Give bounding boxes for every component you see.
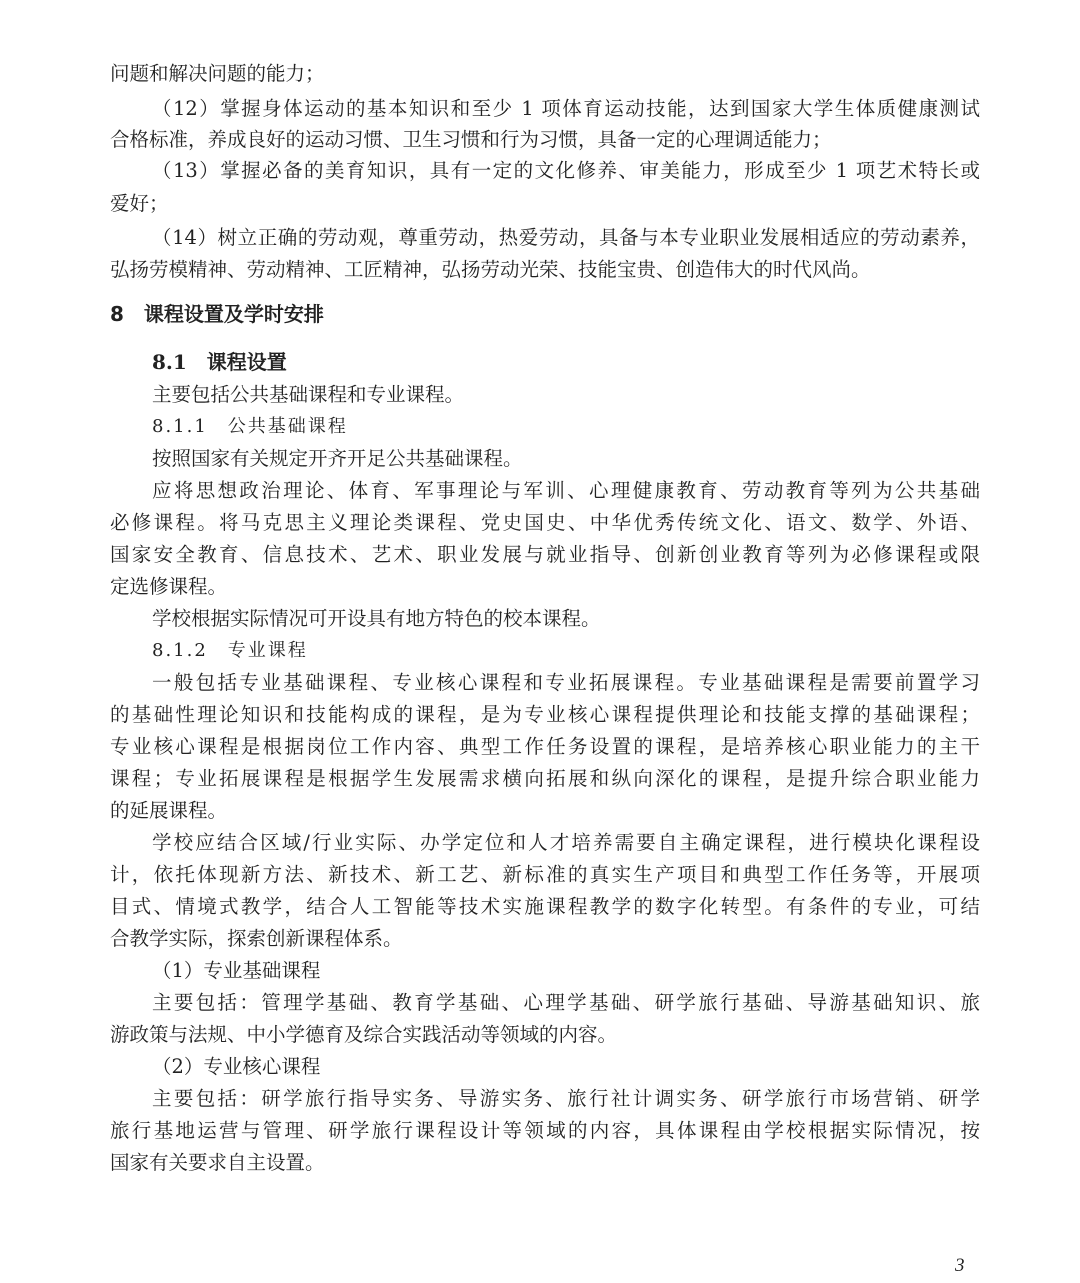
- text-line: （2）专业核心课程: [152, 1051, 980, 1082]
- text-line: 国家安全教育、信息技术、艺术、职业发展与就业指导、创新创业教育等列为必修课程或限: [110, 539, 980, 570]
- text-line: 主要包括：管理学基础、教育学基础、心理学基础、研学旅行基础、导游基础知识、旅: [152, 987, 980, 1018]
- text-line: 应将思想政治理论、体育、军事理论与军训、心理健康教育、劳动教育等列为公共基础: [152, 475, 980, 506]
- heading-h1: 8 课程设置及学时安排: [110, 299, 980, 330]
- text-line: 游政策与法规、中小学德育及综合实践活动等领域的内容。: [110, 1019, 980, 1050]
- text-line: 爱好；: [110, 188, 980, 219]
- text-line: 学校应结合区域/行业实际、办学定位和人才培养需要自主确定课程，进行模块化课程设: [152, 827, 980, 858]
- heading-h3: 8.1.2 专业课程: [152, 635, 980, 666]
- text-line: 旅行基地运营与管理、研学旅行课程设计等领域的内容，具体课程由学校根据实际情况，按: [110, 1115, 980, 1146]
- heading-h2: 8.1 课程设置: [152, 347, 980, 378]
- text-line: （14）树立正确的劳动观，尊重劳动，热爱劳动，具备与本专业职业发展相适应的劳动素…: [152, 222, 980, 253]
- text-line: 目式、情境式教学，结合人工智能等技术实施课程教学的数字化转型。有条件的专业，可结: [110, 891, 980, 922]
- text-line: 主要包括：研学旅行指导实务、导游实务、旅行社计调实务、研学旅行市场营销、研学: [152, 1083, 980, 1114]
- text-line: （12）掌握身体运动的基本知识和至少 1 项体育运动技能，达到国家大学生体质健康…: [152, 93, 980, 124]
- text-line: 主要包括公共基础课程和专业课程。: [152, 379, 980, 410]
- text-line: 问题和解决问题的能力；: [110, 58, 980, 89]
- text-line: 学校根据实际情况可开设具有地方特色的校本课程。: [152, 603, 980, 634]
- text-line: 弘扬劳模精神、劳动精神、工匠精神，弘扬劳动光荣、技能宝贵、创造伟大的时代风尚。: [110, 254, 980, 285]
- text-line: （13）掌握必备的美育知识，具有一定的文化修养、审美能力，形成至少 1 项艺术特…: [152, 155, 980, 186]
- document-page: 3 问题和解决问题的能力；（12）掌握身体运动的基本知识和至少 1 项体育运动技…: [0, 0, 1080, 1283]
- text-line: 合格标准，养成良好的运动习惯、卫生习惯和行为习惯，具备一定的心理调适能力；: [110, 124, 980, 155]
- text-line: 的基础性理论知识和技能构成的课程，是为专业核心课程提供理论和技能支撑的基础课程；: [110, 699, 980, 730]
- text-line: 一般包括专业基础课程、专业核心课程和专业拓展课程。专业基础课程是需要前置学习: [152, 667, 980, 698]
- text-line: 国家有关要求自主设置。: [110, 1147, 980, 1178]
- text-line: （1）专业基础课程: [152, 955, 980, 986]
- page-number: 3: [955, 1255, 965, 1277]
- text-line: 课程；专业拓展课程是根据学生发展需求横向拓展和纵向深化的课程，是提升综合职业能力: [110, 763, 980, 794]
- text-line: 合教学实际，探索创新课程体系。: [110, 923, 980, 954]
- text-line: 定选修课程。: [110, 571, 980, 602]
- heading-h3: 8.1.1 公共基础课程: [152, 411, 980, 442]
- text-line: 的延展课程。: [110, 795, 980, 826]
- text-line: 计，依托体现新方法、新技术、新工艺、新标准的真实生产项目和典型工作任务等，开展项: [110, 859, 980, 890]
- text-line: 按照国家有关规定开齐开足公共基础课程。: [152, 443, 980, 474]
- text-line: 必修课程。将马克思主义理论类课程、党史国史、中华优秀传统文化、语文、数学、外语、: [110, 507, 980, 538]
- text-line: 专业核心课程是根据岗位工作内容、典型工作任务设置的课程，是培养核心职业能力的主干: [110, 731, 980, 762]
